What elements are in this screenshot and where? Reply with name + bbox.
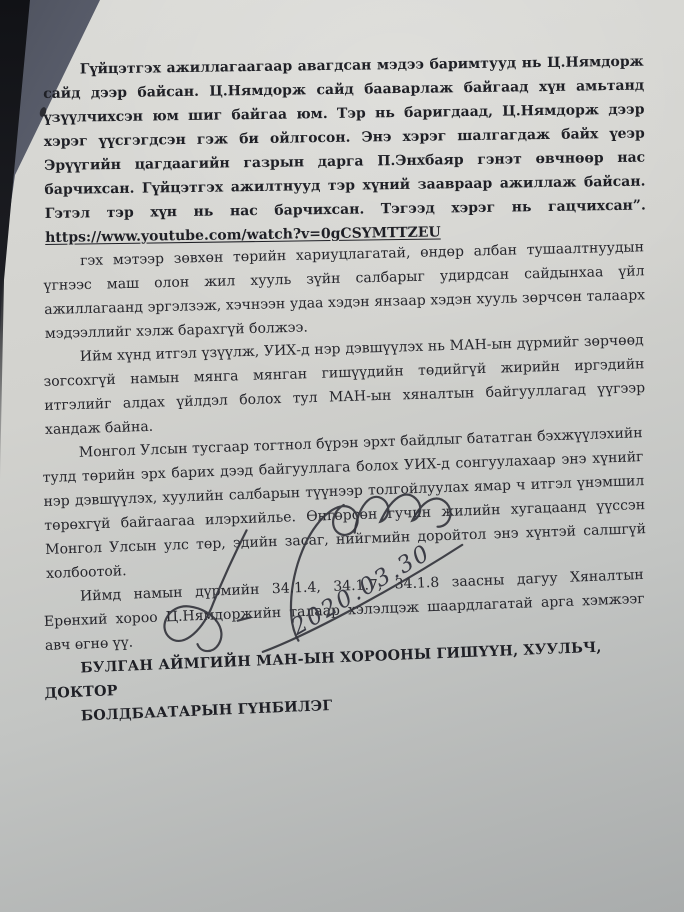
- paragraph-quote-text: Гүйцэтгэх ажиллагаагаар авагдсан мэдээ б…: [43, 54, 646, 222]
- paragraph-criticism: гэх мэтээр зөвхөн төрийн хариуцлагатай, …: [43, 235, 646, 346]
- document-photo: Гүйцэтгэх ажиллагаагаар авагдсан мэдээ б…: [0, 0, 684, 912]
- handwritten-signature: [145, 472, 486, 669]
- paragraph-quote: Гүйцэтгэх ажиллагаагаар авагдсан мэдээ б…: [43, 50, 647, 250]
